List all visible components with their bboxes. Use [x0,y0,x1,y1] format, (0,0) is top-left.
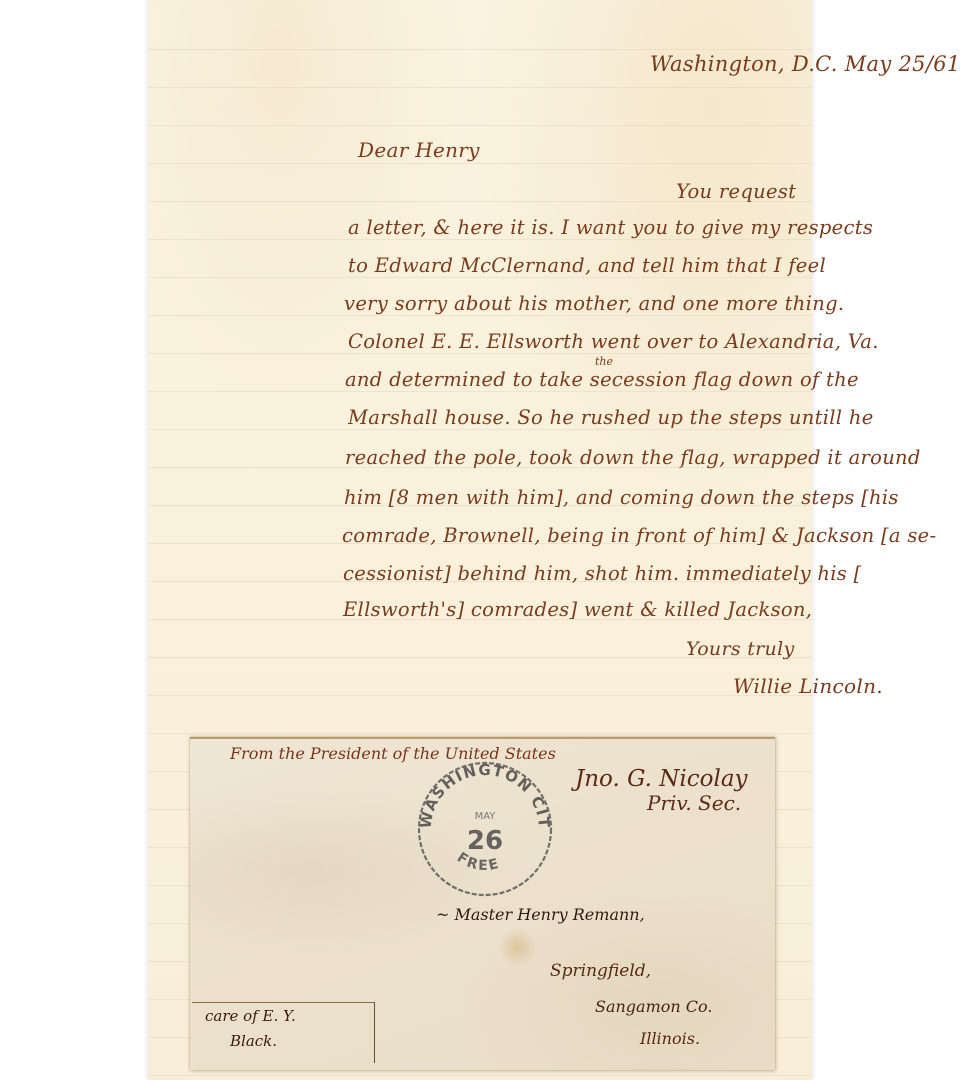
letter-closing: Yours truly [686,638,795,660]
letter-line-9: him [8 men with him], and coming down th… [344,486,899,509]
envelope-city: Springfield, [550,961,651,981]
envelope-county: Sangamon Co. [595,997,712,1016]
letter-line-6: and determined to take secession flag do… [345,368,859,391]
letter-salutation: Dear Henry [358,138,480,162]
envelope-addressee: ~ Master Henry Remann, [436,905,645,924]
letter-signature: Willie Lincoln. [733,674,883,698]
care-of-line-1: care of E. Y. [205,1007,296,1025]
letter-line-5: Colonel E. E. Ellsworth went over to Ale… [348,330,879,353]
letter-dateline: Washington, D.C. May 25/61 [650,52,960,76]
envelope: From the President of the United States … [190,737,775,1070]
letter-line-2: a letter, & here it is. I want you to gi… [348,216,873,239]
letter-line-10: comrade, Brownell, being in front of him… [342,524,936,547]
letter-line-8: reached the pole, took down the flag, wr… [345,446,921,469]
letter-line-7: Marshall house. So he rushed up the step… [348,406,874,429]
envelope-state: Illinois. [640,1029,700,1048]
letter-line-4: very sorry about his mother, and one mor… [344,292,844,315]
postmark-month: MAY [475,811,497,822]
postmark-day: 26 [467,826,503,856]
care-of-line-2: Black. [230,1032,277,1050]
letter-line-11: cessionist] behind him, shot him. immedi… [343,562,862,585]
letter-line-3: to Edward McClernand, and tell him that … [348,254,826,277]
franking-name: Jno. G. Nicolay [575,766,748,792]
letter-insertion-the: the [595,355,613,368]
letter-line-12: Ellsworth's] comrades] went & killed Jac… [343,598,812,621]
franking-signature: Jno. G. Nicolay Priv. Sec. [575,767,748,814]
postmark-stamp-icon: WASHINGTON CITY D.C. FREE MAY 26 [413,757,557,901]
franking-title: Priv. Sec. [575,792,748,814]
letter-line-1: You request [676,180,796,203]
